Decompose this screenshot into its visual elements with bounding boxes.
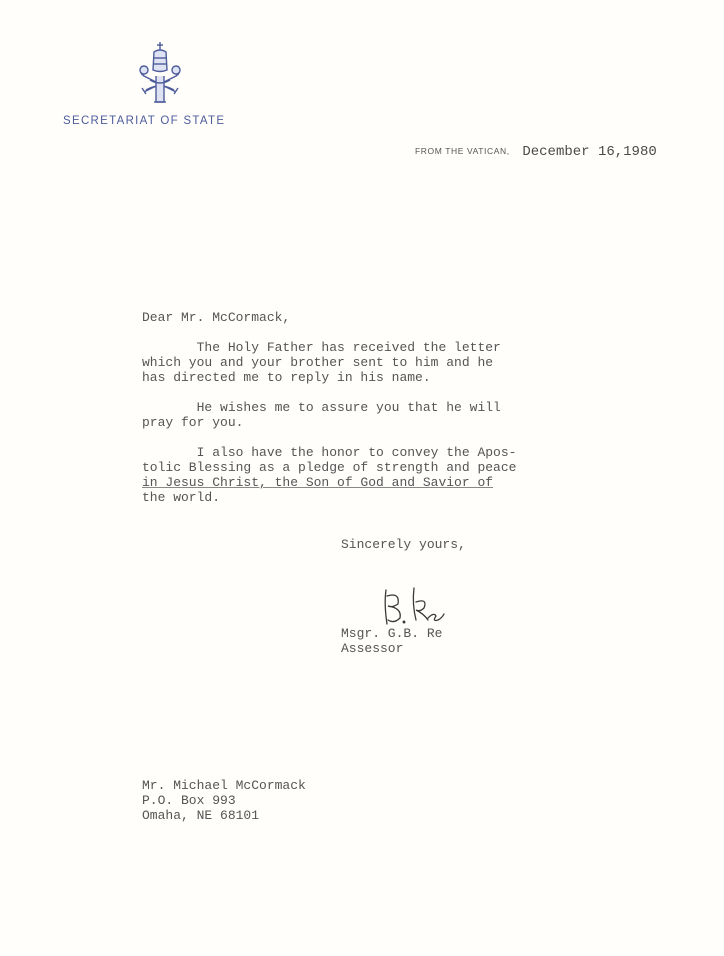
paragraph-line: the world.: [142, 490, 516, 505]
letter-date: December 16,1980: [522, 144, 656, 160]
signer-name: Msgr. G.B. Re: [341, 626, 442, 641]
recipient-address: Mr. Michael McCormackP.O. Box 993Omaha, …: [142, 778, 306, 823]
recipient-name: Mr. Michael McCormack: [142, 778, 306, 793]
paragraph-line: The Holy Father has received the letter: [142, 340, 501, 355]
closing: Sincerely yours,: [341, 537, 466, 552]
department-name: SECRETARIAT OF STATE: [63, 115, 225, 127]
signer-title: Assessor: [341, 641, 442, 656]
body-paragraph-1: The Holy Father has received the letterw…: [142, 340, 501, 385]
paragraph-line: tolic Blessing as a pledge of strength a…: [142, 460, 516, 475]
paragraph-line: which you and your brother sent to him a…: [142, 355, 501, 370]
paragraph-line: has directed me to reply in his name.: [142, 370, 501, 385]
dateline-origin: FROM THE VATICAN,: [415, 146, 510, 156]
body-paragraph-2: He wishes me to assure you that he willp…: [142, 400, 501, 430]
paragraph-line: I also have the honor to convey the Apos…: [142, 445, 516, 460]
body-paragraph-3: I also have the honor to convey the Apos…: [142, 445, 516, 505]
dateline: FROM THE VATICAN, December 16,1980: [415, 142, 657, 160]
paragraph-line: He wishes me to assure you that he will: [142, 400, 501, 415]
paragraph-line: pray for you.: [142, 415, 501, 430]
signer-block: Msgr. G.B. ReAssessor: [341, 626, 442, 656]
paragraph-line: in Jesus Christ, the Son of God and Savi…: [142, 475, 516, 490]
papal-crest-icon: [136, 40, 184, 110]
recipient-city: Omaha, NE 68101: [142, 808, 306, 823]
salutation: Dear Mr. McCormack,: [142, 310, 290, 325]
recipient-street: P.O. Box 993: [142, 793, 306, 808]
